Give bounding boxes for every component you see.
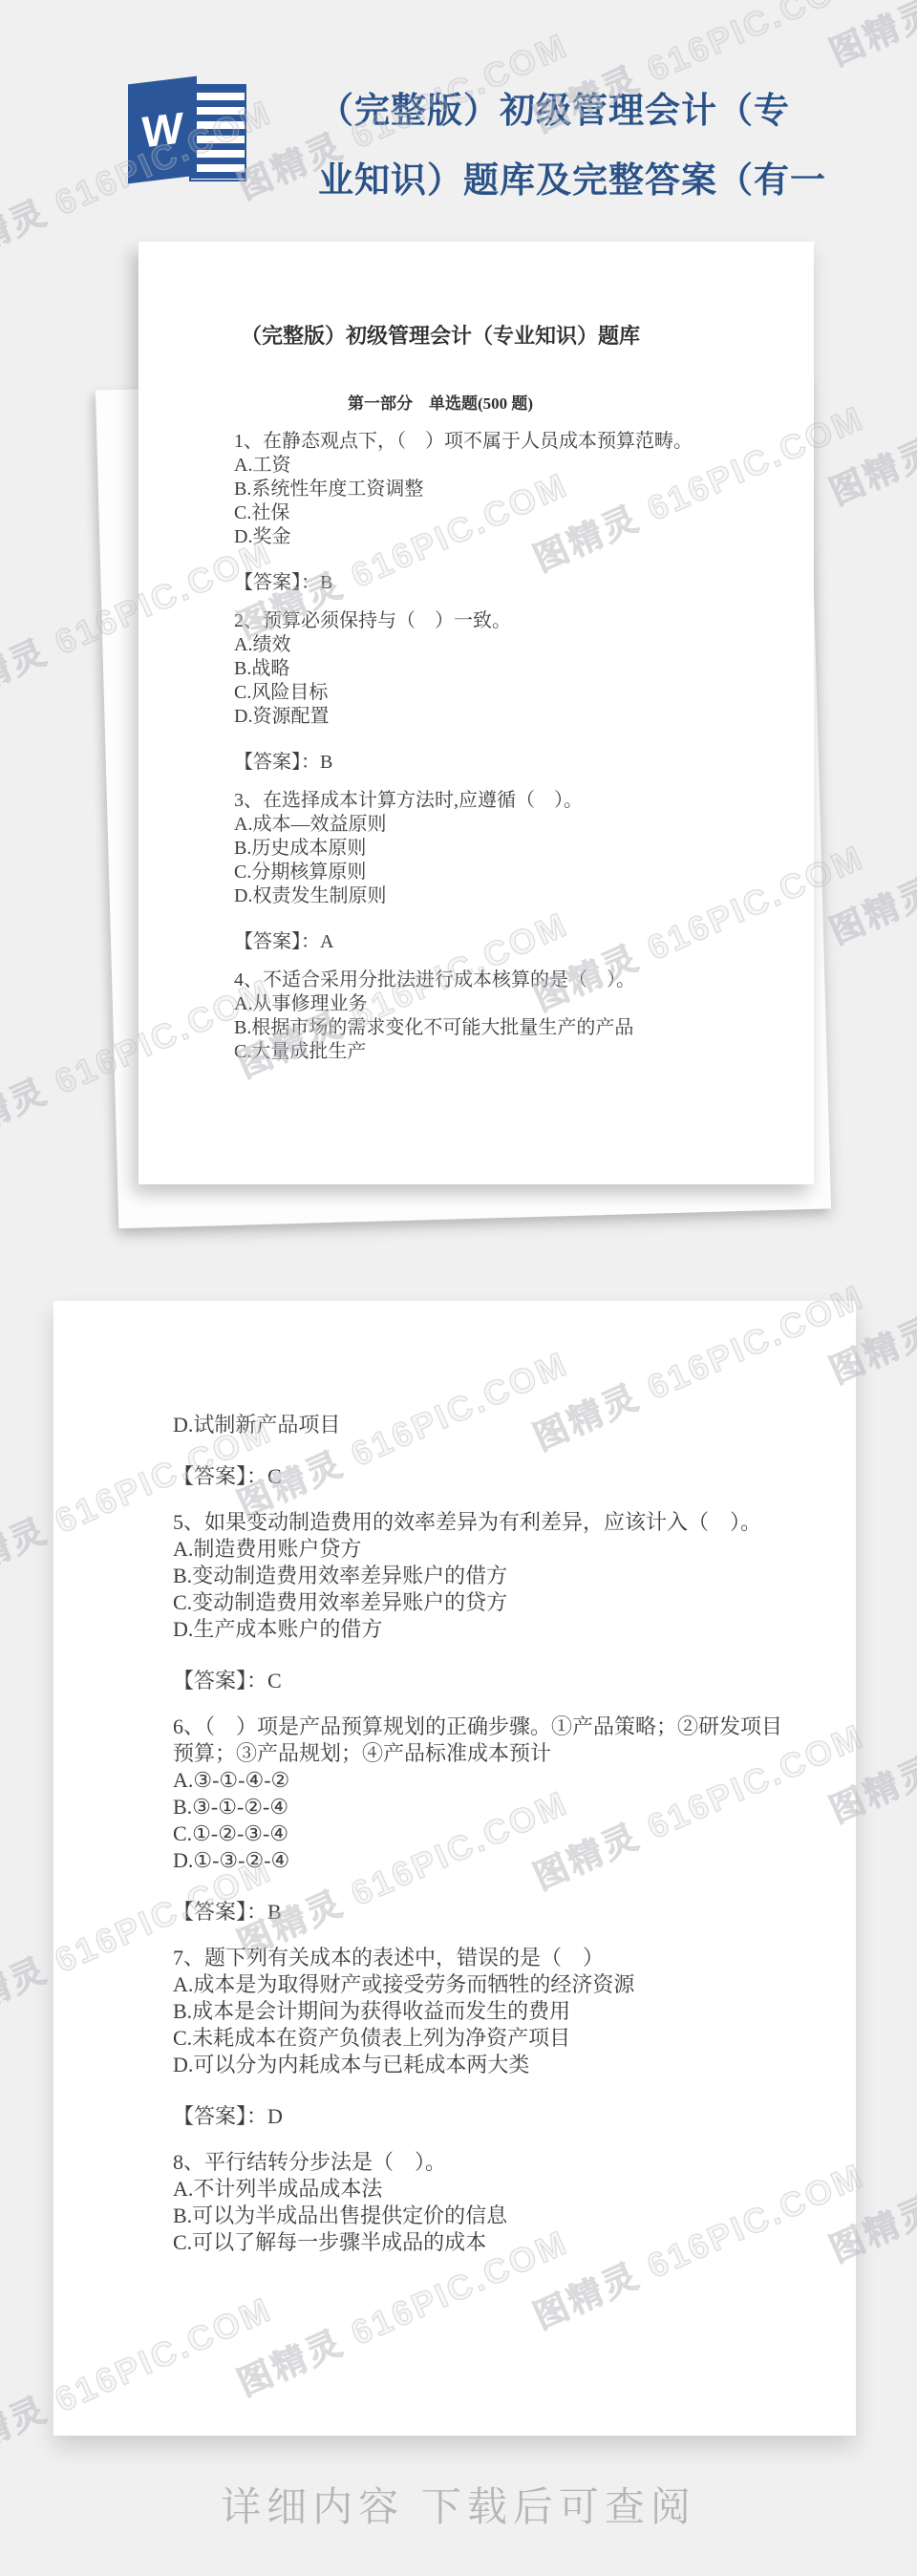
- question-3: 3、在选择成本计算方法时,应遵循（ ）。 A.成本—效益原则 B.历史成本原则 …: [234, 789, 757, 908]
- question-6-option-d: D.①-③-②-④: [173, 1847, 789, 1874]
- document-title-line2: 业知识）题库及完整答案（有一: [318, 146, 826, 216]
- word-icon-letter: W: [141, 105, 182, 154]
- question-3-option-b: B.历史成本原则: [234, 837, 757, 861]
- question-5-text: 5、如果变动制造费用的效率差异为有利差异，应该计入（ ）。: [173, 1509, 789, 1536]
- preview-page-1[interactable]: （完整版）初级管理会计（专业知识）题库 第一部分 单选题(500 题) 1、在静…: [139, 242, 814, 1184]
- question-8-option-b: B.可以为半成品出售提供定价的信息: [173, 2203, 789, 2229]
- carryover-option-d: D.试制新产品项目: [173, 1412, 789, 1438]
- question-7-answer: 【答案】：D: [173, 2103, 789, 2130]
- question-7: 7、题下列有关成本的表述中，错误的是（ ） A.成本是为取得财产或接受劳务而牺牲…: [173, 1945, 789, 2078]
- question-4-option-a: A.从事修理业务: [234, 992, 757, 1016]
- question-5-option-a: A.制造费用账户贷方: [173, 1536, 789, 1563]
- question-6: 6、（ ）项是产品预算规划的正确步骤。①产品策略；②研发项目预算；③产品规划；④…: [173, 1714, 789, 1874]
- word-icon-document-lines: [189, 84, 246, 181]
- preview-page-2[interactable]: D.试制新产品项目 【答案】：C 5、如果变动制造费用的效率差异为有利差异，应该…: [53, 1301, 856, 2436]
- question-7-text: 7、题下列有关成本的表述中，错误的是（ ）: [173, 1945, 789, 1971]
- word-file-icon: W: [128, 76, 246, 183]
- question-2-option-b: B.战略: [234, 657, 757, 681]
- question-7-option-d: D.可以分为内耗成本与已耗成本两大类: [173, 2052, 789, 2078]
- question-5: 5、如果变动制造费用的效率差异为有利差异，应该计入（ ）。 A.制造费用账户贷方…: [173, 1509, 789, 1643]
- question-4-text: 4、不适合采用分批法进行成本核算的是（ ）。: [234, 969, 757, 992]
- doc-inner-title: （完整版）初级管理会计（专业知识）题库: [234, 322, 647, 351]
- question-1-text: 1、在静态观点下，（ ）项不属于人员成本预算范畴。: [234, 430, 757, 454]
- question-3-option-d: D.权责发生制原则: [234, 884, 757, 908]
- question-8-text: 8、平行结转分步法是（ ）。: [173, 2149, 789, 2176]
- section-heading: 第一部分 单选题(500 题): [234, 393, 647, 415]
- question-3-option-c: C.分期核算原则: [234, 861, 757, 884]
- question-4: 4、不适合采用分批法进行成本核算的是（ ）。 A.从事修理业务 B.根据市场的需…: [234, 969, 757, 1064]
- question-2: 2、预算必须保持与（ ）一致。 A.绩效 B.战略 C.风险目标 D.资源配置: [234, 609, 757, 729]
- question-2-text: 2、预算必须保持与（ ）一致。: [234, 609, 757, 633]
- question-1-option-d: D.奖金: [234, 525, 757, 549]
- carryover-answer: 【答案】：C: [173, 1463, 789, 1490]
- question-2-answer: 【答案】：B: [234, 751, 757, 775]
- footer-note: 详细内容 下载后可查阅: [0, 2476, 917, 2533]
- question-4-option-b: B.根据市场的需求变化不可能大批量生产的产品: [234, 1016, 757, 1040]
- question-4-option-c: C.大量成批生产: [234, 1040, 757, 1064]
- question-7-option-b: B.成本是会计期间为获得收益而发生的费用: [173, 1998, 789, 2025]
- question-1-option-b: B.系统性年度工资调整: [234, 478, 757, 501]
- document-title-line1: （完整版）初级管理会计（专: [318, 76, 826, 146]
- question-2-option-d: D.资源配置: [234, 705, 757, 729]
- question-5-option-d: D.生产成本账户的借方: [173, 1616, 789, 1643]
- watermark-text: 图精灵 616PIC.COM: [821, 0, 917, 75]
- question-8-option-a: A.不计列半成品成本法: [173, 2176, 789, 2203]
- document-title: （完整版）初级管理会计（专 业知识）题库及完整答案（有一: [318, 76, 826, 216]
- question-2-option-a: A.绩效: [234, 633, 757, 657]
- question-6-option-c: C.①-②-③-④: [173, 1820, 789, 1847]
- question-1-option-c: C.社保: [234, 501, 757, 525]
- question-3-answer: 【答案】：A: [234, 930, 757, 954]
- question-5-option-c: C.变动制造费用效率差异账户的贷方: [173, 1589, 789, 1616]
- question-3-option-a: A.成本—效益原则: [234, 813, 757, 837]
- question-2-option-c: C.风险目标: [234, 681, 757, 705]
- question-5-answer: 【答案】：C: [173, 1668, 789, 1694]
- page-canvas: W （完整版）初级管理会计（专 业知识）题库及完整答案（有一 （完整版）初级管理…: [0, 0, 917, 2576]
- question-7-option-c: C.未耗成本在资产负债表上列为净资产项目: [173, 2025, 789, 2052]
- question-3-text: 3、在选择成本计算方法时,应遵循（ ）。: [234, 789, 757, 813]
- watermark-text: 图精灵 616PIC.COM: [821, 764, 917, 954]
- question-6-option-b: B.③-①-②-④: [173, 1794, 789, 1820]
- question-8: 8、平行结转分步法是（ ）。 A.不计列半成品成本法 B.可以为半成品出售提供定…: [173, 2149, 789, 2256]
- question-7-option-a: A.成本是为取得财产或接受劳务而牺牲的经济资源: [173, 1971, 789, 1998]
- question-6-option-a: A.③-①-④-②: [173, 1767, 789, 1794]
- watermark-text: 图精灵 616PIC.COM: [821, 325, 917, 515]
- question-1-answer: 【答案】：B: [234, 571, 757, 595]
- question-1: 1、在静态观点下，（ ）项不属于人员成本预算范畴。 A.工资 B.系统性年度工资…: [234, 430, 757, 549]
- question-6-answer: 【答案】：B: [173, 1899, 789, 1926]
- question-8-option-c: C.可以了解每一步骤半成品的成本: [173, 2229, 789, 2256]
- question-5-option-b: B.变动制造费用效率差异账户的借方: [173, 1563, 789, 1589]
- question-1-option-a: A.工资: [234, 454, 757, 478]
- question-6-text: 6、（ ）项是产品预算规划的正确步骤。①产品策略；②研发项目预算；③产品规划；④…: [173, 1714, 789, 1767]
- word-icon-w-panel: W: [128, 76, 197, 184]
